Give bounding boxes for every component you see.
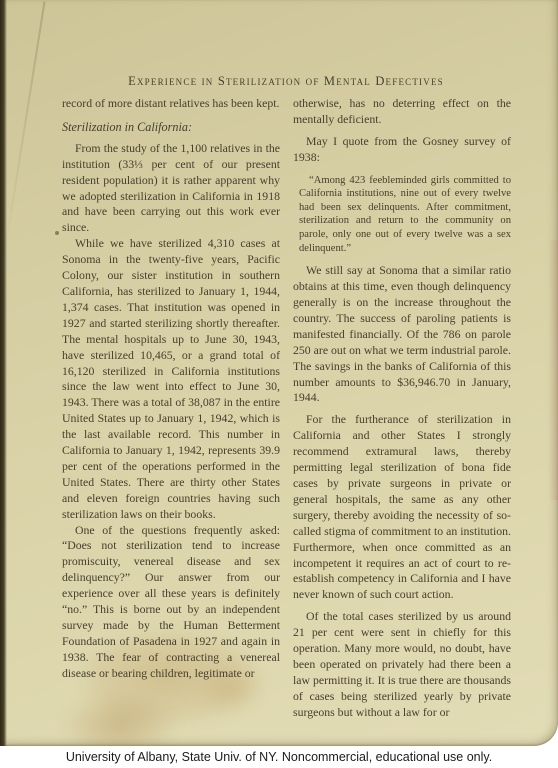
paragraph-continuation: record of more distant relatives has bee… — [62, 96, 280, 112]
section-heading: Sterilization in California: — [62, 120, 280, 136]
left-column: record of more distant relatives has bee… — [62, 96, 280, 721]
book-page-scan: Experience in Sterilization of Mental De… — [0, 0, 558, 746]
paragraph: For the furtherance of sterilization in … — [293, 412, 511, 603]
scanned-document-view: Experience in Sterilization of Mental De… — [0, 0, 558, 768]
running-head: Experience in Sterilization of Mental De… — [58, 74, 514, 89]
paper-crease — [4, 1, 45, 248]
paragraph-continuation: otherwise, has no deterring effect on th… — [293, 96, 511, 128]
scan-binding-edge — [0, 0, 7, 746]
page-edge-discoloration — [548, 240, 558, 500]
block-quote: “Among 423 feebleminded girls committed … — [299, 174, 511, 256]
paragraph: From the study of the 1,100 relatives in… — [62, 141, 280, 236]
paragraph: One of the questions frequently asked: “… — [62, 523, 280, 682]
credit-line: University of Albany, State Univ. of NY.… — [66, 750, 492, 764]
text-columns: record of more distant relatives has bee… — [62, 96, 511, 721]
paragraph: Of the total cases sterilized by us arou… — [293, 609, 511, 720]
right-column: otherwise, has no deterring effect on th… — [293, 96, 511, 721]
paragraph: May I quote from the Gosney survey of 19… — [293, 134, 511, 166]
library-credit-strip: University of Albany, State Univ. of NY.… — [0, 746, 558, 768]
paragraph: While we have sterilized 4,310 cases at … — [62, 236, 280, 522]
paragraph: We still say at Sonoma that a similar ra… — [293, 263, 511, 406]
paper-speck — [55, 231, 59, 235]
